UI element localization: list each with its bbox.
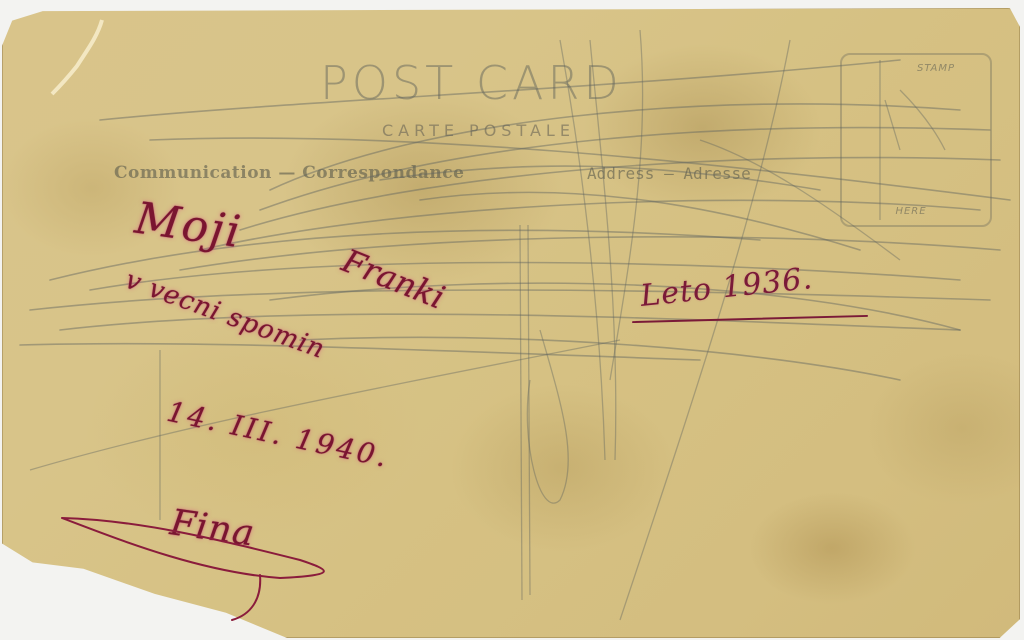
printed-address-label: Address — Adresse (587, 164, 751, 183)
printed-subtitle: CARTE POSTALE (382, 121, 575, 140)
torn-corner-crease (47, 18, 107, 98)
printed-communication-label: Communication — Correspondance (114, 163, 464, 183)
stamp-box: STAMP HERE (840, 53, 992, 227)
postcard: POST CARD CARTE POSTALE Communication — … (2, 8, 1020, 638)
stamp-box-top-text: STAMP (882, 63, 990, 74)
scan-background: POST CARD CARTE POSTALE Communication — … (0, 0, 1024, 640)
stamp-box-bottom-text: HERE (832, 206, 990, 217)
printed-title: POST CARD (320, 56, 623, 110)
